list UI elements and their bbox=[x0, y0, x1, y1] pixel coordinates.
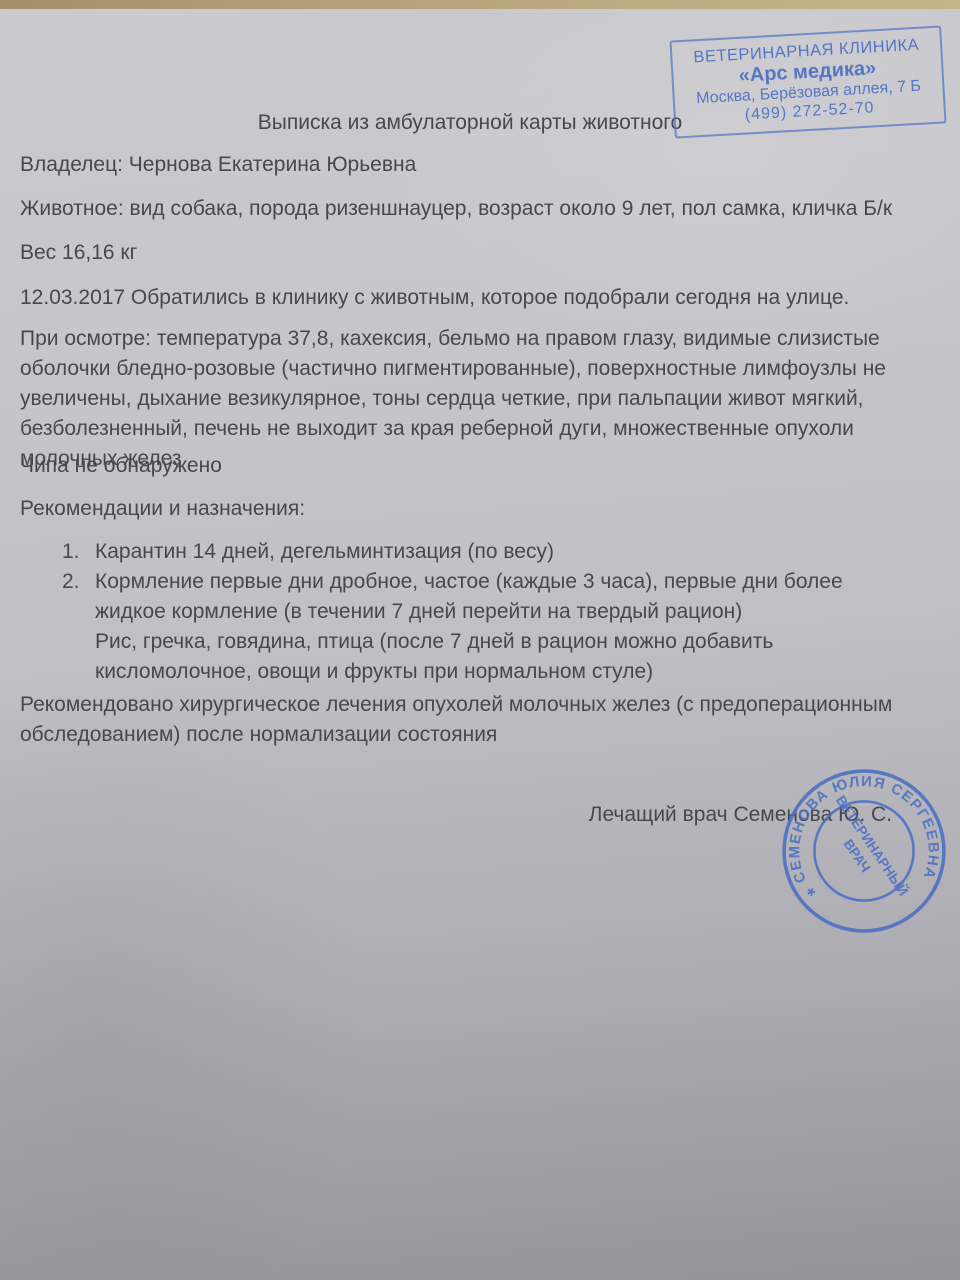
owner-line: Владелец: Чернова Екатерина Юрьевна bbox=[20, 150, 932, 180]
chip-line: Чипа не обнаружено bbox=[20, 451, 932, 481]
list-item: 2. Кормление первые дни дробное, частое … bbox=[62, 567, 902, 687]
animal-line: Животное: вид собака, порода ризеншнауце… bbox=[20, 194, 932, 224]
stamp-outer-circle bbox=[784, 771, 944, 931]
clinic-stamp: ВЕТЕРИНАРНАЯ КЛИНИКА «Арс медика» Москва… bbox=[669, 25, 946, 138]
doctor-round-stamp: СЕМЕНОВА ЮЛИЯ СЕРГЕЕВНА * ВЕТЕРИНАРНЫЙ В… bbox=[779, 766, 949, 936]
document-photo: Выписка из амбулаторной карты животного … bbox=[0, 0, 960, 1280]
list-item-number: 2. bbox=[62, 567, 95, 597]
list-item-text-main: Кормление первые дни дробное, частое (ка… bbox=[95, 567, 895, 627]
visit-line: 12.03.2017 Обратились в клинику с животн… bbox=[20, 283, 932, 313]
recommendations-heading: Рекомендации и назначения: bbox=[20, 494, 932, 524]
table-edge bbox=[0, 0, 960, 9]
list-item-text: Кормление первые дни дробное, частое (ка… bbox=[95, 567, 895, 687]
stamp-inner-text: ВЕТЕРИНАРНЫЙ ВРАЧ bbox=[818, 793, 911, 909]
doctor-signature-line: Лечащий врач Семенова Ю. С. bbox=[0, 803, 892, 827]
list-item-number: 1. bbox=[62, 537, 95, 567]
list-item: 1. Карантин 14 дней, дегельминтизация (п… bbox=[62, 537, 902, 567]
list-item-text: Карантин 14 дней, дегельминтизация (по в… bbox=[95, 537, 895, 567]
weight-line: Вес 16,16 кг bbox=[20, 238, 932, 268]
surgery-note: Рекомендовано хирургическое лечения опух… bbox=[20, 690, 900, 750]
list-item-text-extra: Рис, гречка, говядина, птица (после 7 дн… bbox=[95, 627, 895, 687]
recommendations-list: 1. Карантин 14 дней, дегельминтизация (п… bbox=[62, 537, 902, 687]
stamp-star: * bbox=[803, 884, 825, 905]
doctor-round-stamp-graphic: СЕМЕНОВА ЮЛИЯ СЕРГЕЕВНА * ВЕТЕРИНАРНЫЙ В… bbox=[779, 766, 949, 936]
